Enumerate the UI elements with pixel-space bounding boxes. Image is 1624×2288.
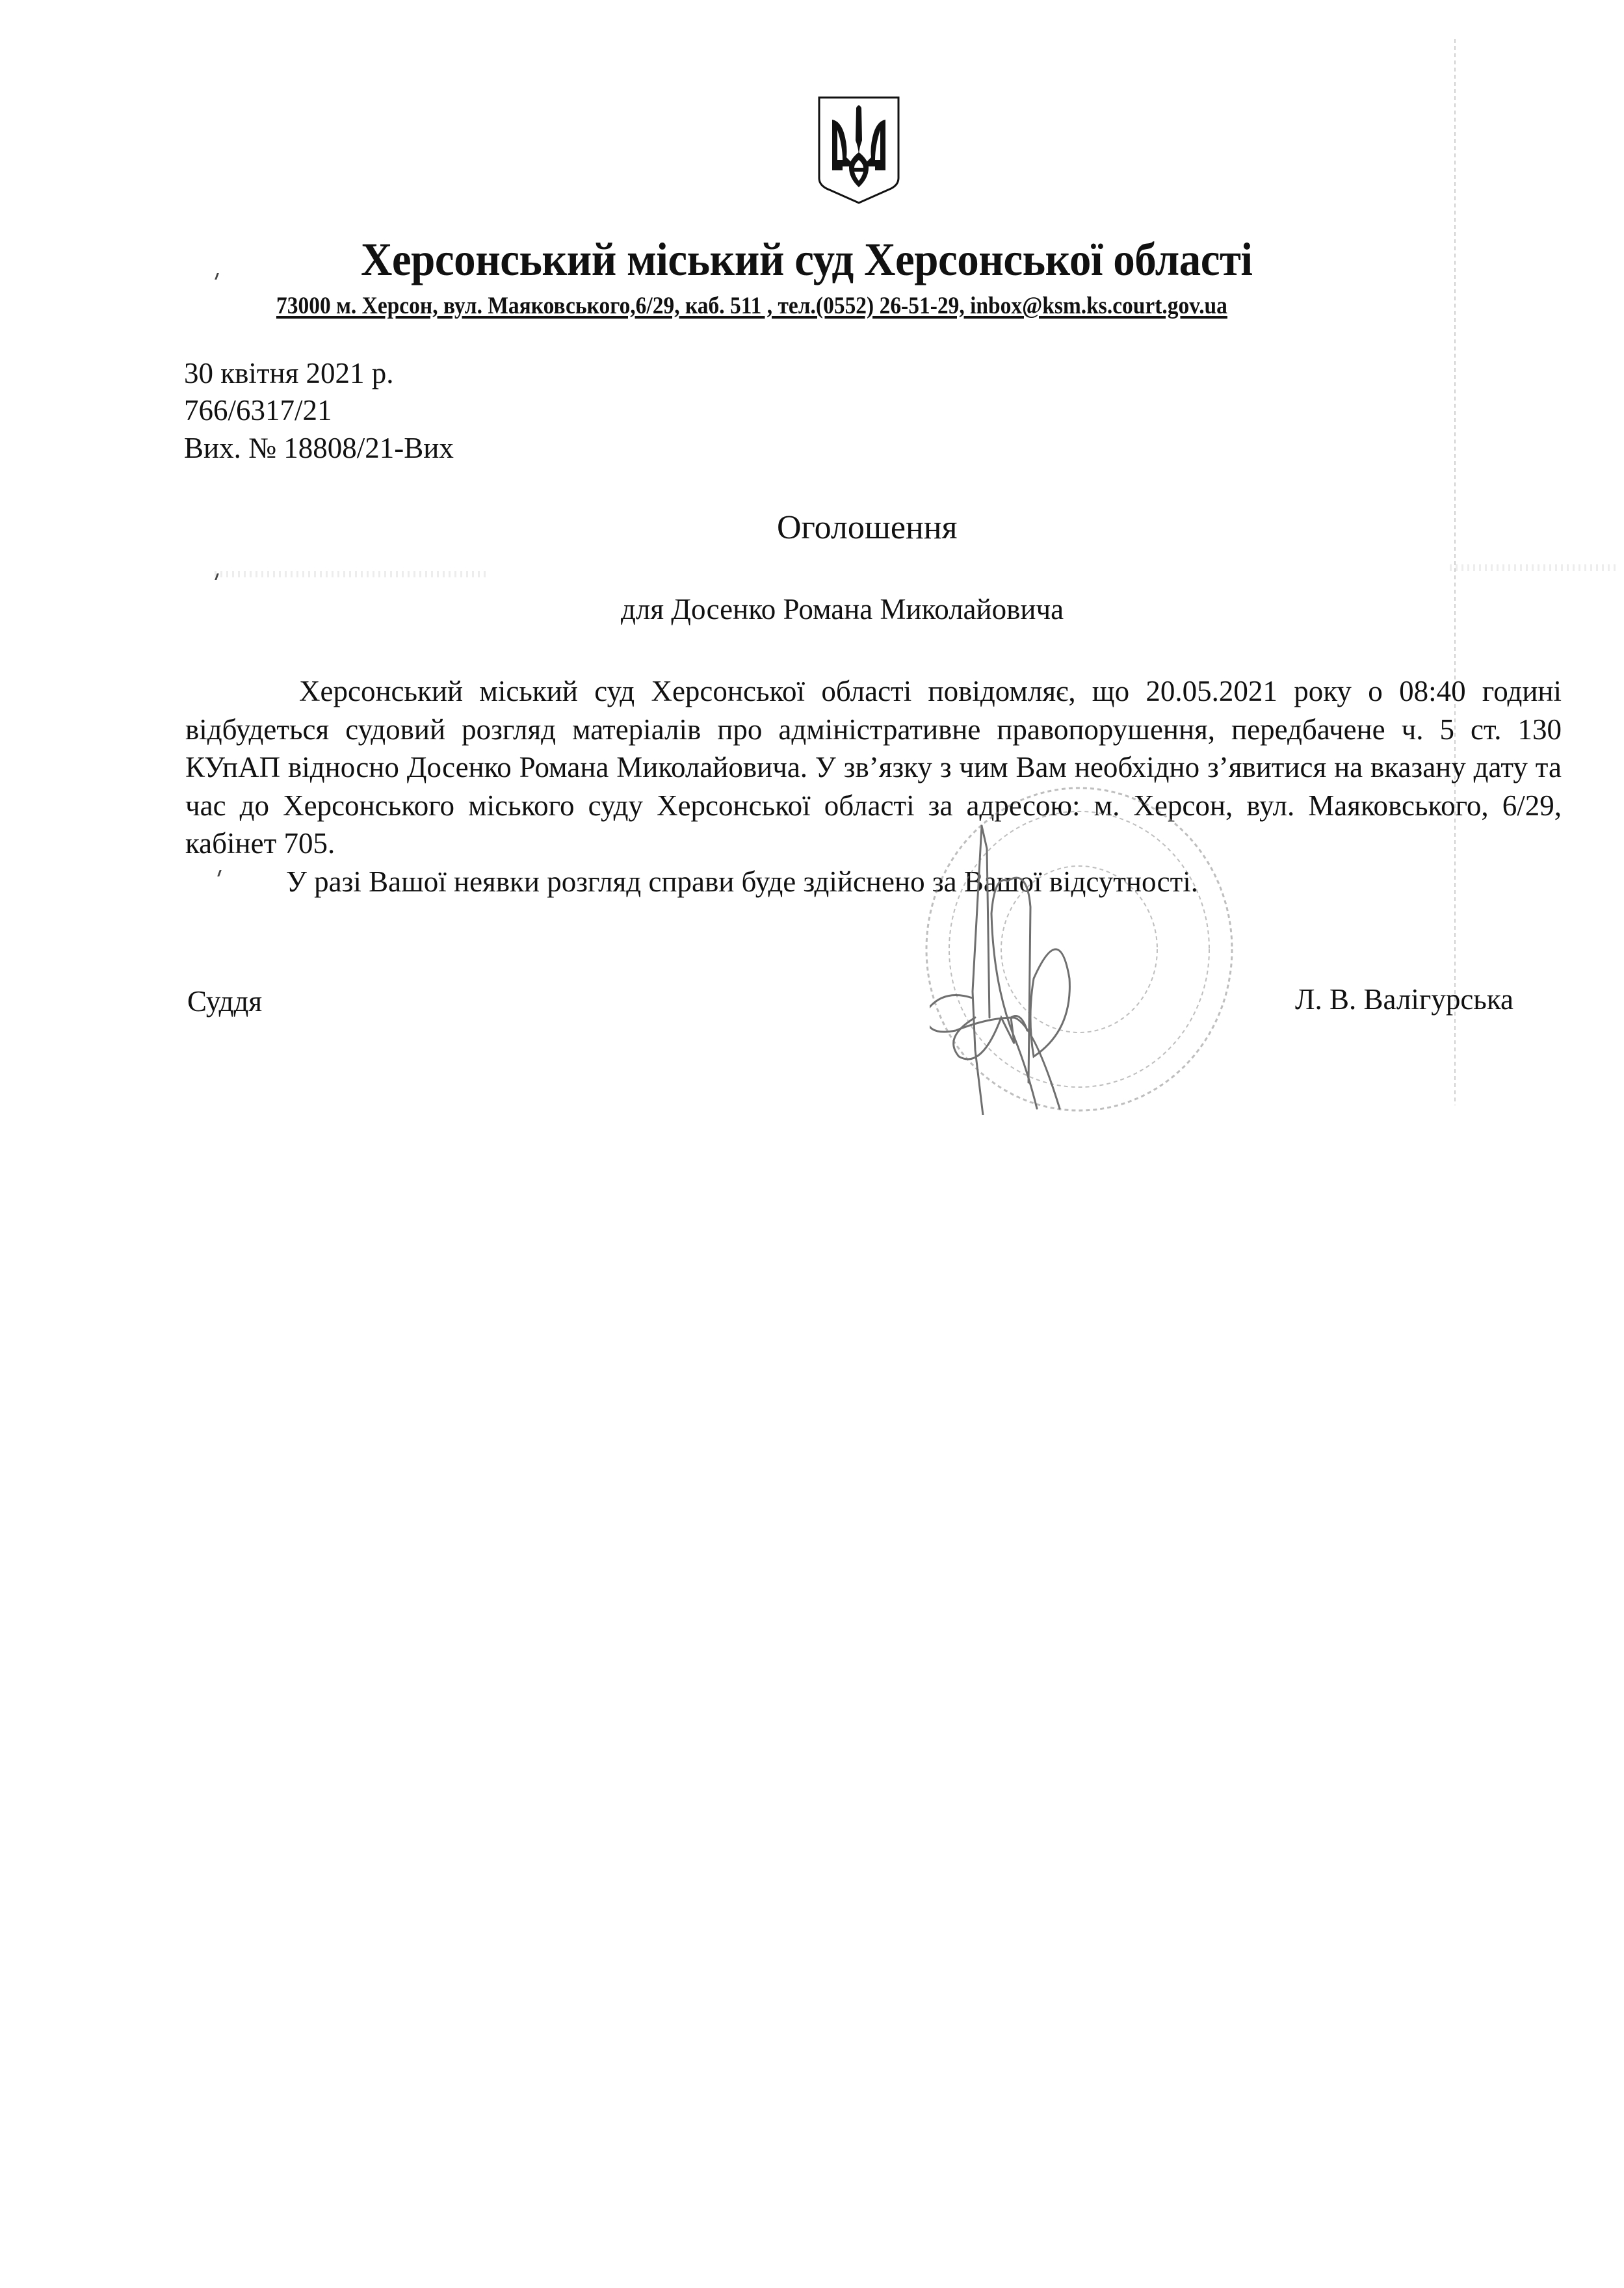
case-number: 766/6317/21 — [184, 393, 332, 427]
judge-title: Суддя — [187, 984, 262, 1018]
scan-artifact-noise — [1450, 564, 1619, 571]
scan-artifact-tick — [215, 273, 219, 280]
court-name-title: Херсонський міський суд Херсонської обла… — [361, 233, 1253, 287]
court-address-line: 73000 м. Херсон, вул. Маяковського,6/29,… — [276, 292, 1227, 320]
outgoing-number: Вих. № 18808/21-Вих — [184, 431, 454, 465]
scan-artifact-noise — [215, 571, 488, 577]
document-heading: Оголошення — [777, 508, 958, 547]
coat-of-arms-icon — [817, 95, 901, 205]
handwritten-signature-icon — [930, 822, 1164, 1115]
body-paragraph: У разі Вашої неявки розгляд справи буде … — [185, 863, 1562, 901]
document-date: 30 квітня 2021 р. — [184, 356, 394, 390]
scan-artifact-line — [1454, 39, 1456, 1105]
document-body: Херсонський міський суд Херсонської обла… — [185, 672, 1562, 901]
judge-name: Л. В. Валігурська — [1295, 982, 1513, 1016]
body-paragraph: Херсонський міський суд Херсонської обла… — [185, 672, 1562, 863]
addressee-line: для Досенко Романа Миколайовича — [621, 592, 1064, 626]
